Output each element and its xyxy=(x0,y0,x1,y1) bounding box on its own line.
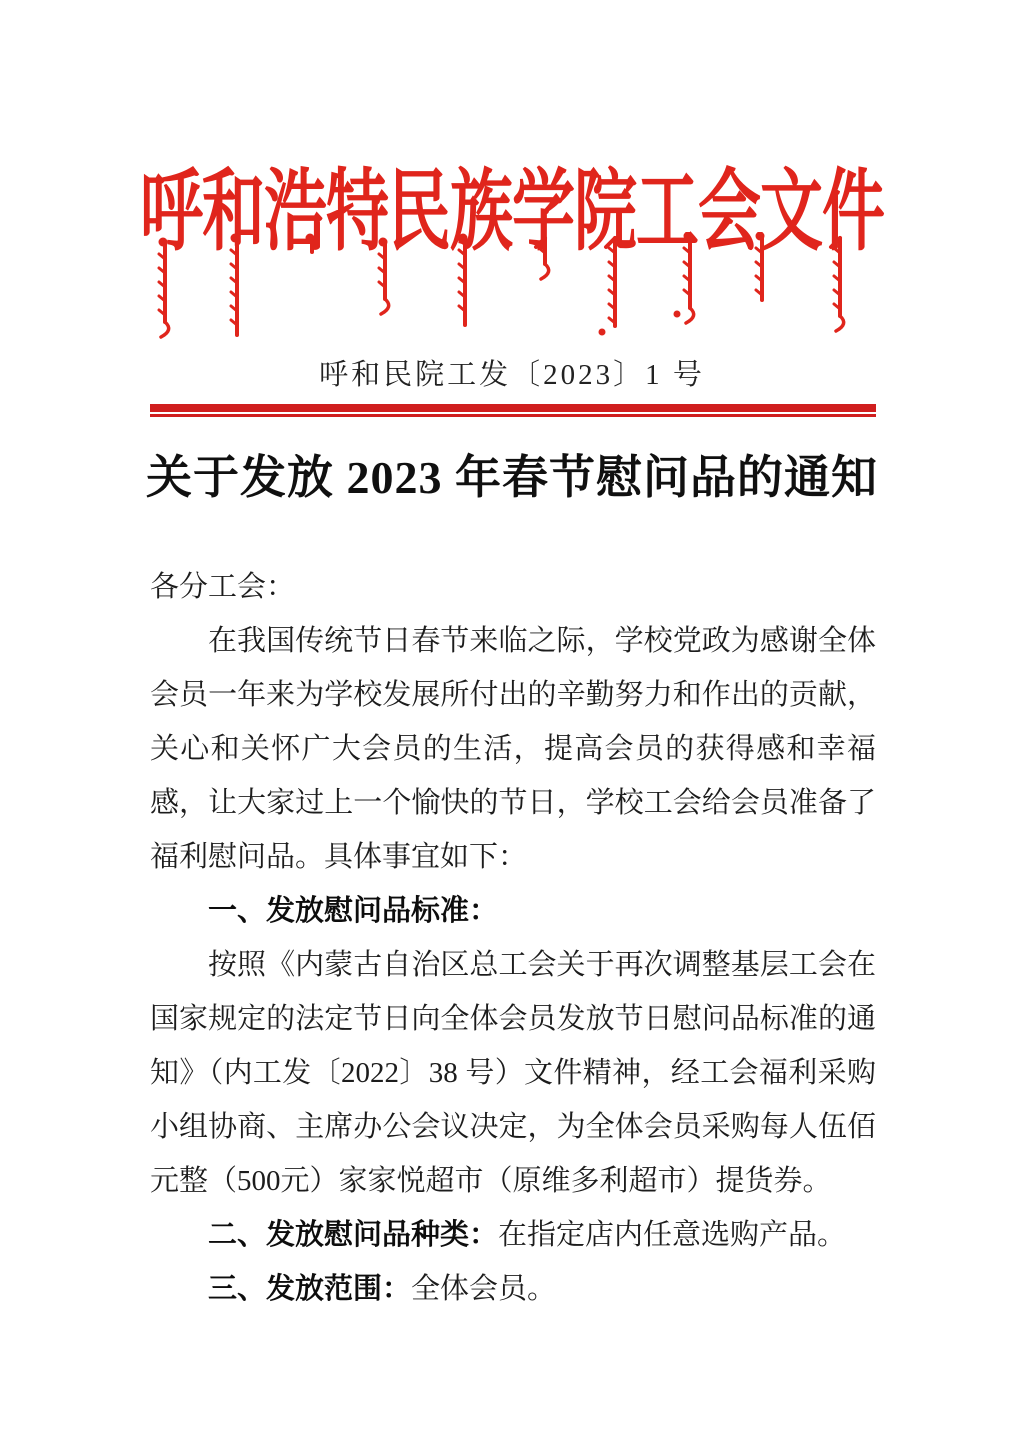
doc-number: 呼和民院工发〔2023〕1 号 xyxy=(0,352,1024,393)
mongolian-script-band-icon xyxy=(0,232,1024,342)
section-3-heading: 三、发放范围： xyxy=(208,1273,411,1305)
section-2-line: 二、发放慰问品种类：在指定店内任意选购产品。 xyxy=(150,1208,876,1262)
section-1-body: 按照《内蒙古自治区总工会关于再次调整基层工会在国家规定的法定节日向全体会员发放节… xyxy=(150,938,876,1208)
section-3-line: 三、发放范围：全体会员。 xyxy=(150,1262,876,1316)
red-divider-thin-line xyxy=(150,414,876,417)
document-page: 呼和浩特民族学院工会文件 呼和民院工发〔2023〕1 号 关于发放 2023 年… xyxy=(0,0,1024,1448)
intro-paragraph: 在我国传统节日春节来临之际，学校党政为感谢全体会员一年来为学校发展所付出的辛勤努… xyxy=(150,614,876,884)
section-2-heading: 二、发放慰问品种类： xyxy=(208,1219,498,1251)
document-title: 关于发放 2023 年春节慰问品的通知 xyxy=(0,441,1024,507)
section-1-heading: 一、发放慰问品标准： xyxy=(150,884,876,938)
salutation: 各分工会： xyxy=(150,560,876,614)
section-3-body: 全体会员。 xyxy=(411,1273,556,1305)
section-2-body: 在指定店内任意选购产品。 xyxy=(498,1219,846,1251)
red-divider xyxy=(150,404,876,417)
red-divider-thick-line xyxy=(150,404,876,412)
document-body: 各分工会： 在我国传统节日春节来临之际，学校党政为感谢全体会员一年来为学校发展所… xyxy=(150,560,876,1316)
